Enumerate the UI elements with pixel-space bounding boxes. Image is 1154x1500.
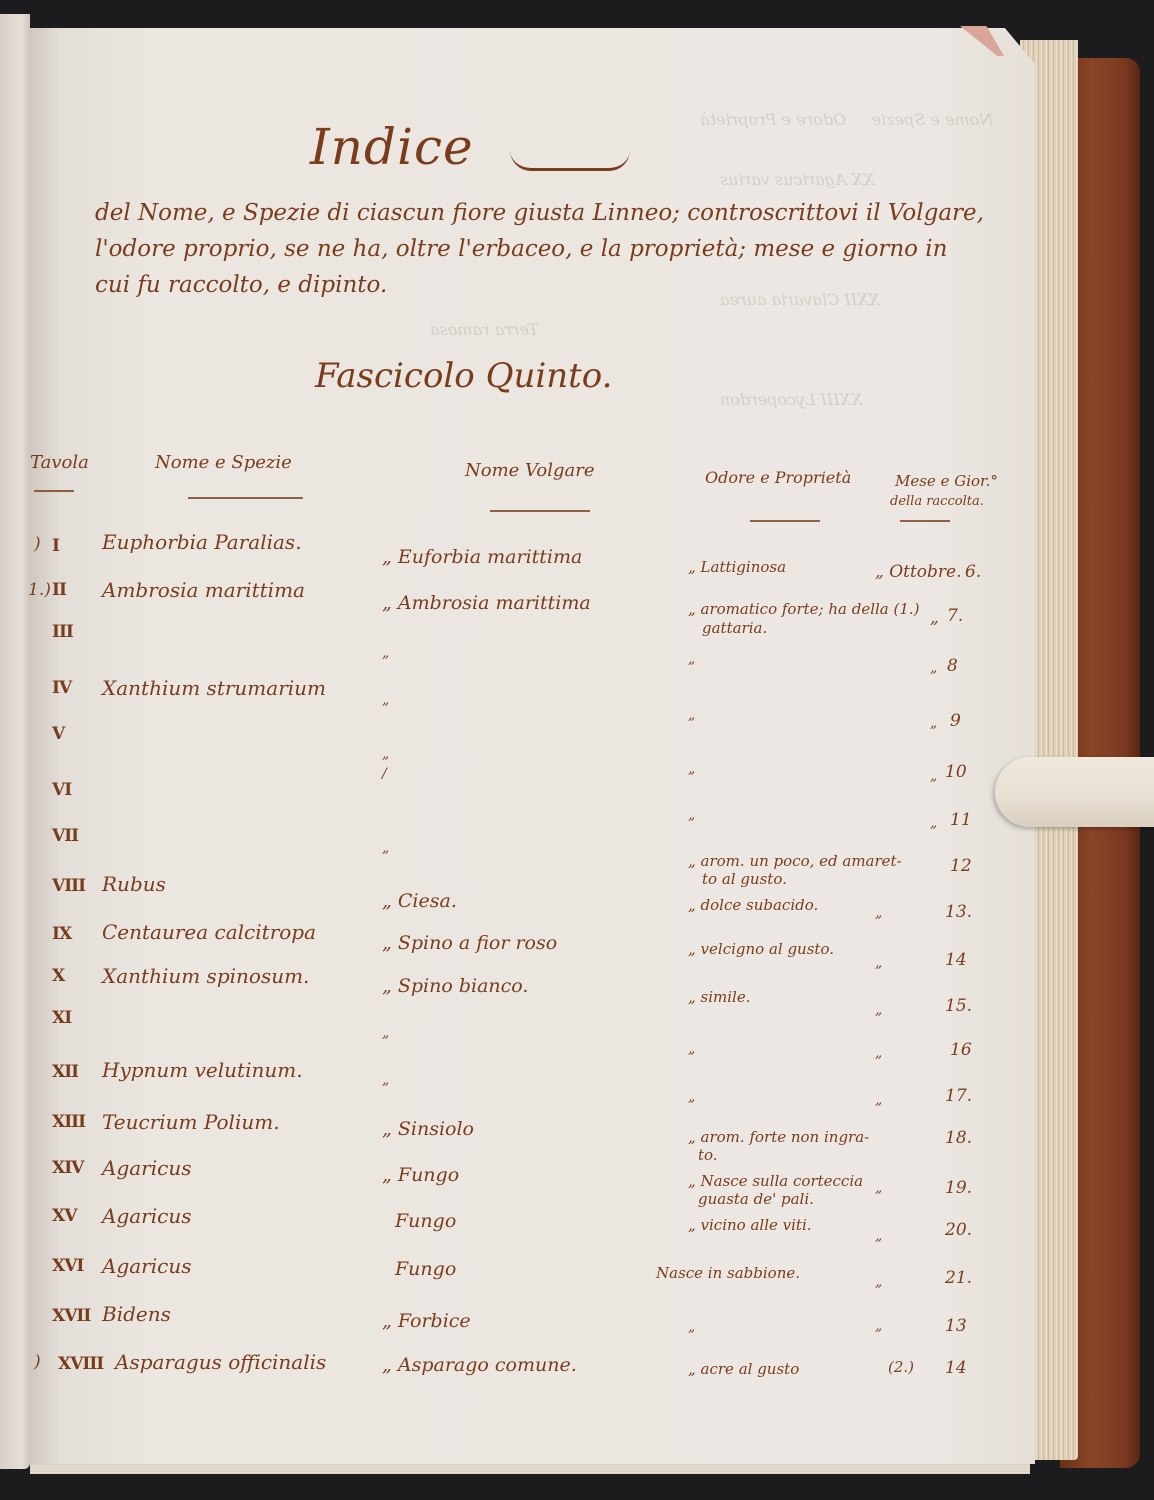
row-mese: „ [930,768,937,784]
row-giorno: 9 [950,711,961,731]
row-mese: „ [930,815,937,831]
row-giorno: 15. [945,996,972,1016]
row-mese: „ [875,1002,882,1018]
row-odore: „ Lattiginosa [688,558,786,577]
row-giorno: 20. [945,1220,972,1240]
row-nome: Xanthium strumarium [102,676,326,700]
bleedthrough-text: Terra ramosa [430,320,539,339]
row-tavola: V [52,724,64,744]
header-rule [34,490,74,492]
row-giorno: 17. [945,1086,972,1106]
row-odore: „ arom. forte non ingra- [688,1128,869,1147]
row-tavola: IV [52,678,71,698]
col-header-tavola: Tavola [30,452,89,473]
title-flourish [510,150,630,171]
row-nome: Asparagus officinalis [115,1350,326,1374]
row-nome: Agaricus [102,1156,191,1180]
row-nome: Bidens [102,1302,171,1326]
row-odore: „ Nasce sulla corteccia [688,1172,863,1191]
row-nome: Agaricus [102,1254,191,1278]
row-giorno: 21. [945,1268,972,1288]
col-header-della-raccolta: della raccolta. [890,494,984,509]
row-giorno: 13 [945,1316,967,1336]
row-mese: „ [875,1274,882,1290]
row-mese: (2.) [888,1358,914,1376]
row-odore-cont: to al gusto. [702,870,787,889]
row-mese: „ [875,1092,882,1108]
margin-mark: 1.) [28,580,51,600]
left-page-edge [0,14,30,1469]
row-volgare: „ [382,1025,389,1041]
row-odore: „ [688,650,695,669]
row-odore: „ dolce subacido. [688,896,818,915]
row-tavola: VII [52,826,78,846]
row-giorno: 10 [945,762,967,782]
row-volgare: / [382,766,387,782]
row-giorno: 8 [947,656,958,676]
row-volgare: „ Fungo [382,1164,459,1186]
row-mese: „ [875,1045,882,1061]
row-tavola: II [52,580,66,600]
row-odore-cont: guasta de' pali. [698,1190,814,1209]
row-odore: „ [688,1040,695,1059]
row-tavola: XIV [52,1158,83,1178]
row-giorno: 7. [947,606,963,626]
row-tavola: XVII [52,1306,90,1326]
row-odore: „ [688,1318,695,1337]
page-title: Indice [310,118,474,176]
row-odore: „ velcigno al gusto. [688,940,834,959]
col-header-nome-spezie: Nome e Spezie [155,452,292,473]
row-mese: „ Ottobre. [875,562,962,582]
row-odore: „ vicino alle viti. [688,1216,812,1235]
row-volgare: „ Spino a fior roso [382,932,557,954]
row-volgare: „ Ambrosia marittima [382,592,591,614]
bleedthrough-text: XXII Clavaria aurea [720,290,880,309]
row-giorno: 14 [945,950,967,970]
row-tavola: XIII [52,1112,85,1132]
row-nome: Hypnum velutinum. [102,1058,303,1082]
row-nome: Agaricus [102,1204,191,1228]
row-giorno: 6. [965,562,981,582]
row-mese: „ [875,1228,882,1244]
row-odore: „ [688,1088,695,1107]
col-header-odore-proprieta: Odore e Proprietà [705,468,851,487]
row-tavola: XII [52,1062,78,1082]
row-mese: „ [930,660,937,676]
row-odore: „ arom. un poco, ed amaret- [688,852,902,871]
row-volgare: „ [382,645,389,661]
row-volgare: Fungo [395,1210,456,1232]
header-rule [900,520,950,522]
row-odore-cont: gattaria. [702,619,767,638]
row-volgare: „ Euforbia marittima [382,546,582,568]
row-nome: Centaurea calcitropa [102,920,316,944]
row-tavola: VIII [52,876,85,896]
margin-mark: ) [34,1352,41,1372]
row-odore: „ simile. [688,988,751,1007]
row-mese: „ [875,955,882,971]
row-odore: „ [688,806,695,825]
bleedthrough-text: XXIII Lycoperdon [720,390,862,409]
row-nome: Euphorbia Paralias. [102,530,302,554]
row-nome: Xanthium spinosum. [102,964,309,988]
row-volgare: „ [382,1072,389,1088]
row-volgare: „ Forbice [382,1310,471,1332]
row-tavola: IX [52,924,71,944]
row-giorno: 18. [945,1128,972,1148]
header-rule [750,520,820,522]
row-giorno: 11 [950,810,972,830]
row-odore: „ aromatico forte; ha della (1.) [688,600,920,619]
row-mese: „ [875,1180,882,1196]
row-volgare: „ Spino bianco. [382,975,528,997]
intro-line-2: l'odore proprio, se ne ha, oltre l'erbac… [95,232,947,266]
margin-mark: ) [34,534,41,554]
row-giorno: 13. [945,902,972,922]
col-header-mese-giorno: Mese e Gior.° [895,472,998,490]
row-mese: „ [930,715,937,731]
row-mese: „ [875,905,882,921]
row-giorno: 14 [945,1358,967,1378]
row-volgare: „ [382,840,389,856]
row-tavola: XI [52,1008,71,1028]
header-rule [188,497,303,499]
row-odore: „ acre al gusto [688,1360,799,1379]
row-mese: „ [930,608,939,628]
col-header-nome-volgare: Nome Volgare [465,460,594,481]
row-giorno: 16 [950,1040,972,1060]
row-tavola: III [52,622,73,642]
row-odore-cont: to. [698,1146,718,1165]
row-volgare: „ [382,746,389,762]
row-volgare: „ Asparago comune. [382,1354,577,1376]
row-nome: Rubus [102,872,166,896]
row-volgare: „ Sinsiolo [382,1118,474,1140]
row-odore: Nasce in sabbione. [656,1264,800,1283]
row-volgare: „ Ciesa. [382,890,457,912]
row-giorno: 12 [950,856,972,876]
row-tavola: I [52,536,59,556]
bleedthrough-text: XX Agaricus varius [720,170,874,189]
bone-bookmark [995,757,1154,827]
row-odore: „ [688,706,695,725]
row-giorno: 19. [945,1178,972,1198]
row-volgare: Fungo [395,1258,456,1280]
row-odore: „ [688,760,695,779]
row-tavola: XV [52,1206,76,1226]
intro-line-3: cui fu raccolto, e dipinto. [95,268,387,302]
intro-line-1: del Nome, e Spezie di ciascun fiore gius… [95,196,984,230]
row-nome: Ambrosia marittima [102,578,305,602]
row-tavola: XVIII [58,1354,103,1374]
row-mese: „ [875,1318,882,1334]
section-subtitle: Fascicolo Quinto. [315,356,612,396]
row-nome: Teucrium Polium. [102,1110,280,1134]
row-tavola: XVI [52,1256,83,1276]
header-rule [490,510,590,512]
row-volgare: „ [382,692,389,708]
row-tavola: VI [52,780,71,800]
bleedthrough-text: Nome e Spezie Odore e Proprietà [700,110,993,129]
row-tavola: X [52,966,64,986]
